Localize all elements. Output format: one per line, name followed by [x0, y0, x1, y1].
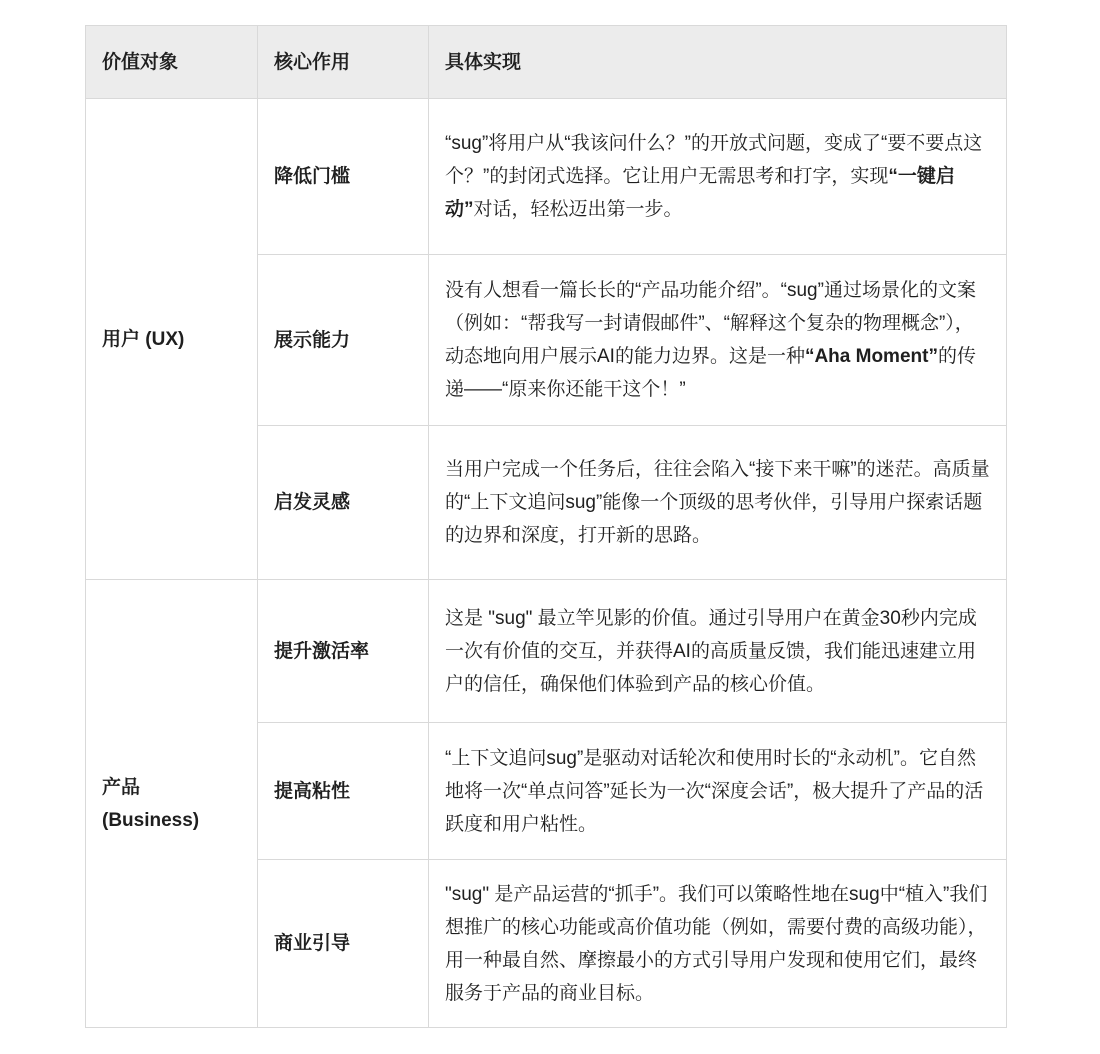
group-cell-product-business: 产品 (Business) [86, 580, 258, 1028]
value-table: 价值对象 核心作用 具体实现 用户 (UX) 降低门槛 “sug”将用户从“我该… [85, 25, 1007, 1028]
table-row: 用户 (UX) 降低门槛 “sug”将用户从“我该问什么？”的开放式问题，变成了… [86, 99, 1007, 255]
detail-cell: 没有人想看一篇长长的“产品功能介绍”。“sug”通过场景化的文案（例如：“帮我写… [429, 255, 1007, 426]
role-cell: 启发灵感 [258, 426, 429, 580]
role-cell: 展示能力 [258, 255, 429, 426]
detail-cell: “sug”将用户从“我该问什么？”的开放式问题，变成了“要不要点这个？”的封闭式… [429, 99, 1007, 255]
column-header-implementation: 具体实现 [429, 26, 1007, 99]
role-cell: 降低门槛 [258, 99, 429, 255]
column-header-core-function: 核心作用 [258, 26, 429, 99]
detail-cell: “上下文追问sug”是驱动对话轮次和使用时长的“永动机”。它自然地将一次“单点问… [429, 723, 1007, 860]
header-row: 价值对象 核心作用 具体实现 [86, 26, 1007, 99]
role-cell: 提高粘性 [258, 723, 429, 860]
column-header-value-target: 价值对象 [86, 26, 258, 99]
role-cell: 提升激活率 [258, 580, 429, 723]
detail-cell: 当用户完成一个任务后，往往会陷入“接下来干嘛”的迷茫。高质量的“上下文追问sug… [429, 426, 1007, 580]
role-cell: 商业引导 [258, 860, 429, 1028]
group-cell-user-ux: 用户 (UX) [86, 99, 258, 580]
table-row: 产品 (Business) 提升激活率 这是 "sug" 最立竿见影的价值。通过… [86, 580, 1007, 723]
detail-cell: 这是 "sug" 最立竿见影的价值。通过引导用户在黄金30秒内完成一次有价值的交… [429, 580, 1007, 723]
detail-cell: "sug" 是产品运营的“抓手”。我们可以策略性地在sug中“植入”我们想推广的… [429, 860, 1007, 1028]
value-table-container: 价值对象 核心作用 具体实现 用户 (UX) 降低门槛 “sug”将用户从“我该… [85, 25, 1007, 1028]
